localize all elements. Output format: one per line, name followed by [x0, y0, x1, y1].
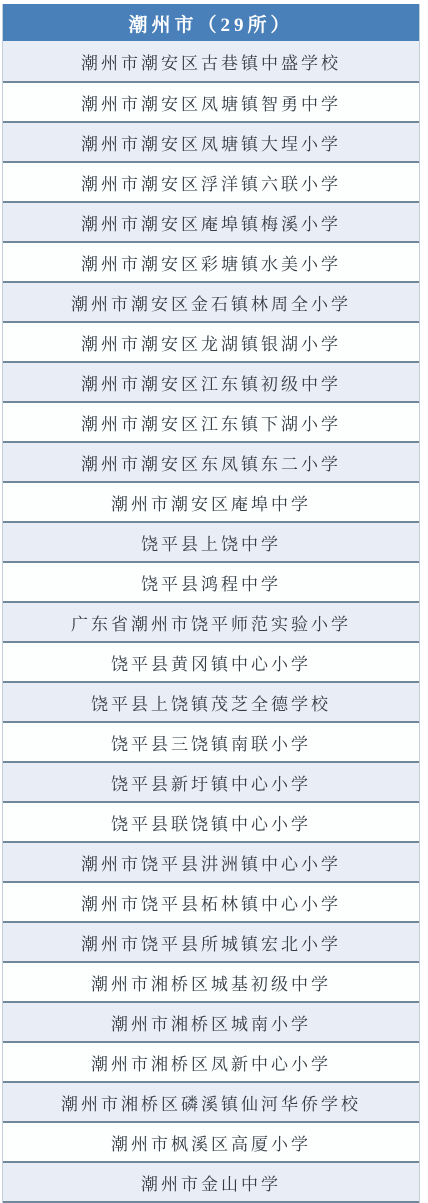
table-row: 潮州市潮安区庵埠中学 [3, 481, 419, 521]
school-name: 广东省潮州市饶平师范实验小学 [71, 610, 351, 635]
table-row: 潮州市湘桥区城基初级中学 [3, 961, 419, 1001]
table-row: 潮州市潮安区浮洋镇六联小学 [3, 161, 419, 201]
school-name: 潮州市潮安区金石镇林周全小学 [71, 290, 351, 315]
table-header-city: 潮州市（29所） [3, 4, 419, 41]
school-name: 潮州市金山中学 [141, 1170, 281, 1195]
table-row: 潮州市金山中学 [3, 1161, 419, 1201]
table-row: 饶平县上饶镇茂芝全德学校 [3, 681, 419, 721]
school-name: 饶平县上饶镇茂芝全德学校 [91, 690, 331, 715]
school-name: 饶平县上饶中学 [141, 530, 281, 555]
table-row: 潮州市潮安区凤塘镇大埕小学 [3, 121, 419, 161]
school-name: 潮州市潮安区东凤镇东二小学 [81, 450, 341, 475]
table-row: 潮州市湘桥区磷溪镇仙河华侨学校 [3, 1081, 419, 1121]
table-row: 潮州市潮安区彩塘镇水美小学 [3, 241, 419, 281]
school-name: 潮州市湘桥区磷溪镇仙河华侨学校 [61, 1090, 361, 1115]
table-row: 潮州市湘桥区凤新中心小学 [3, 1041, 419, 1081]
school-name: 饶平县黄冈镇中心小学 [111, 650, 311, 675]
school-table: 潮州市（29所） 潮州市潮安区古巷镇中盛学校潮州市潮安区凤塘镇智勇中学潮州市潮安… [2, 4, 420, 1203]
table-row: 潮州市饶平县汫洲镇中心小学 [3, 841, 419, 881]
school-name: 饶平县三饶镇南联小学 [111, 730, 311, 755]
table-row: 潮州市枫溪区高厦小学 [3, 1121, 419, 1161]
table-row: 饶平县新圩镇中心小学 [3, 761, 419, 801]
school-name: 潮州市潮安区古巷镇中盛学校 [81, 49, 341, 74]
school-name: 潮州市潮安区浮洋镇六联小学 [81, 170, 341, 195]
table-row: 广东省潮州市饶平师范实验小学 [3, 601, 419, 641]
school-name: 潮州市湘桥区城基初级中学 [91, 970, 331, 995]
table-row: 潮州市潮安区古巷镇中盛学校 [3, 41, 419, 81]
school-name: 饶平县新圩镇中心小学 [111, 770, 311, 795]
table-row: 潮州市饶平县所城镇宏北小学 [3, 921, 419, 961]
school-name: 潮州市潮安区江东镇初级中学 [81, 370, 341, 395]
table-row: 饶平县联饶镇中心小学 [3, 801, 419, 841]
school-name: 潮州市潮安区江东镇下湖小学 [81, 410, 341, 435]
table-row: 潮州市湘桥区城南小学 [3, 1001, 419, 1041]
school-name: 潮州市潮安区庵埠中学 [111, 490, 311, 515]
table-row: 潮州市饶平县柘林镇中心小学 [3, 881, 419, 921]
school-name: 饶平县鸿程中学 [141, 570, 281, 595]
table-row: 潮州市潮安区龙湖镇银湖小学 [3, 321, 419, 361]
school-name: 潮州市饶平县所城镇宏北小学 [81, 930, 341, 955]
table-row: 潮州市潮安区凤塘镇智勇中学 [3, 81, 419, 121]
school-name: 潮州市枫溪区高厦小学 [111, 1130, 311, 1155]
table-row: 饶平县上饶中学 [3, 521, 419, 561]
table-row: 潮州市潮安区庵埠镇梅溪小学 [3, 201, 419, 241]
table-body: 潮州市潮安区古巷镇中盛学校潮州市潮安区凤塘镇智勇中学潮州市潮安区凤塘镇大埕小学潮… [3, 41, 419, 1203]
school-name: 潮州市饶平县柘林镇中心小学 [81, 890, 341, 915]
table-row: 饶平县黄冈镇中心小学 [3, 641, 419, 681]
table-row: 饶平县鸿程中学 [3, 561, 419, 601]
document-page: 潮州市（29所） 潮州市潮安区古巷镇中盛学校潮州市潮安区凤塘镇智勇中学潮州市潮安… [0, 0, 428, 1203]
school-name: 潮州市湘桥区城南小学 [111, 1010, 311, 1035]
table-header-title: 潮州市（29所） [128, 10, 293, 37]
school-name: 潮州市潮安区彩塘镇水美小学 [81, 250, 341, 275]
table-row: 潮州市潮安区东凤镇东二小学 [3, 441, 419, 481]
table-row: 潮州市潮安区江东镇下湖小学 [3, 401, 419, 441]
school-name: 潮州市潮安区庵埠镇梅溪小学 [81, 210, 341, 235]
table-row: 饶平县三饶镇南联小学 [3, 721, 419, 761]
school-name: 潮州市潮安区凤塘镇智勇中学 [81, 90, 341, 115]
school-name: 潮州市湘桥区凤新中心小学 [91, 1050, 331, 1075]
school-name: 潮州市潮安区凤塘镇大埕小学 [81, 130, 341, 155]
school-name: 潮州市潮安区龙湖镇银湖小学 [81, 330, 341, 355]
table-row: 潮州市潮安区江东镇初级中学 [3, 361, 419, 401]
table-row: 潮州市潮安区金石镇林周全小学 [3, 281, 419, 321]
school-name: 潮州市饶平县汫洲镇中心小学 [81, 850, 341, 875]
school-name: 饶平县联饶镇中心小学 [111, 810, 311, 835]
